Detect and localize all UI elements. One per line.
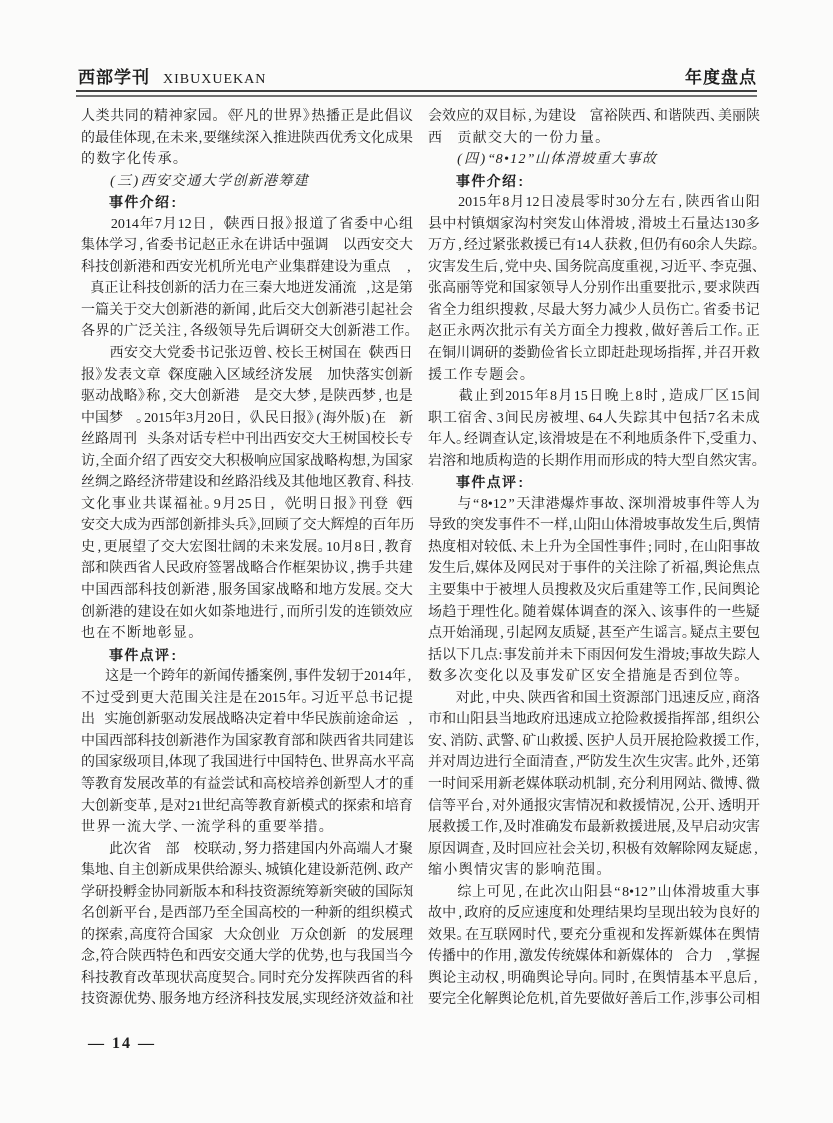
page-number: — 14 — [88, 1035, 156, 1053]
text-line: 对此,中央、陕西省和国土资源部门迅速反应,商洛 [428, 688, 760, 710]
text-line: 效果。在互联网时代,要充分重视和发挥新媒体在舆情 [428, 925, 760, 947]
text-line: 驱动战略》称,交大创新港是交大梦,是陕西梦,也是 [81, 386, 413, 408]
text-line: 中国西部科技创新港,服务国家战略和地方发展。交大 [81, 580, 413, 602]
text-line: 在铜川调研的娄勤俭省长立即赶赴现场指挥,并召开救 [428, 343, 760, 365]
text-line: 事件点评: [428, 472, 760, 494]
text-line: 念,符合陕西特色和西安交通大学的优势,也与我国当今 [81, 946, 413, 968]
text-line: (四)“8•12”山体滑坡重大事故 [428, 149, 760, 171]
text-line: 等教育发展改革的有益尝试和高校培养创新型人才的重 [81, 774, 413, 796]
text-line: 事件介绍: [428, 171, 760, 193]
text-line: 一时间采用新老媒体联动机制,充分利用网站、微博、微 [428, 774, 760, 796]
text-line: 的最佳体现,在未来,要继续深入推进陕西优秀文化成果 [81, 128, 413, 150]
text-line: 安交大成为西部创新排头兵》,回顾了交大辉煌的百年历 [81, 515, 413, 537]
right-column: 会效应的双目标,为建设富裕陕西、和谐陕西、美丽陕西贡献交大的一份力量。(四)“8… [428, 106, 760, 1011]
section-label: 年度盘点 [685, 63, 757, 88]
text-line: 截止到2015年8月15日晚上8时,造成厂区15间 [428, 386, 760, 408]
text-line: 的探索,高度符合国家大众创业万众创新的发展理 [81, 925, 413, 947]
text-line: 省全力组织搜救,尽最大努力减少人员伤亡。省委书记 [428, 300, 760, 322]
journal-title-cn: 西部学刊 [78, 63, 150, 88]
text-line: 故中,政府的反应速度和处理结果均呈现出较为良好的 [428, 903, 760, 925]
text-line: 中国西部科技创新港作为国家教育部和陕西省共同建设 [81, 731, 413, 753]
text-line: 传播中的作用,激发传统媒体和新媒体的合力,掌握 [428, 946, 760, 968]
text-line: 部和陕西省人民政府签署战略合作框架协议,携手共建 [81, 558, 413, 580]
header-double-rule [76, 90, 757, 97]
text-line: 综上可见,在此次山阳县“8•12”山体滑坡重大事 [428, 882, 760, 904]
text-line: 点开始涌现,引起网友质疑,甚至产生谣言。疑点主要包 [428, 623, 760, 645]
text-line: 人类共同的精神家园。《平凡的世界》热播正是此倡议 [81, 106, 413, 128]
text-line: 世界一流大学、一流学科的重要举措。 [81, 817, 413, 839]
text-line: 2015年8月12日凌晨零时30分左右,陕西省山阳 [428, 192, 760, 214]
text-line: 并对周边进行全面清查,严防发生次生灾害。此外,还第 [428, 752, 760, 774]
text-line: 不过受到更大范围关注是在2015年。习近平总书记提 [81, 688, 413, 710]
text-line: 发生后,媒体及网民对于事件的关注除了祈福,舆论焦点 [428, 558, 760, 580]
text-line: 的数字化传承。 [81, 149, 413, 171]
text-line: 灾害发生后,党中央、国务院高度重视,习近平、李克强、 [428, 257, 760, 279]
text-line: 各界的广泛关注,各级领导先后调研交大创新港工作。 [81, 321, 413, 343]
text-line: 丝绸之路经济带建设和丝路沿线及其他地区教育、科技、 [81, 472, 413, 494]
text-line: 一篇关于交大创新港的新闻,此后交大创新港引起社会 [81, 300, 413, 322]
text-line: 信等平台,对外通报灾害情况和救援情况,公开、透明开 [428, 796, 760, 818]
text-line: 市和山阳县当地政府迅速成立抢险救援指挥部,组织公 [428, 709, 760, 731]
text-line: 大创新变革,是对21世纪高等教育新模式的探索和培育 [81, 796, 413, 818]
text-line: 事件点评: [81, 645, 413, 667]
text-line: 史,更展望了交大宏图壮阔的未来发展。10月8日,教育 [81, 537, 413, 559]
text-line: 技资源优势、服务地方经济科技发展,实现经济效益和社 [81, 989, 413, 1011]
text-line: 真正让科技创新的活力在三秦大地迸发涌流,这是第 [81, 278, 413, 300]
text-line: 年人。经调查认定,该滑坡是在不利地质条件下,受重力、 [428, 429, 760, 451]
text-line: 安、消防、武警、矿山救援、医护人员开展抢险救援工作, [428, 731, 760, 753]
journal-title-en: XIBUXUEKAN [163, 72, 266, 88]
text-line: 援工作专题会。 [428, 365, 760, 387]
text-line: 事件介绍: [81, 192, 413, 214]
text-line: 数多次变化以及事发矿区安全措施是否到位等。 [428, 666, 760, 688]
left-column: 人类共同的精神家园。《平凡的世界》热播正是此倡议的最佳体现,在未来,要继续深入推… [81, 106, 413, 1011]
text-line: 热度相对较低、未上升为全国性事件;同时,在山阳事故 [428, 537, 760, 559]
article-body: 人类共同的精神家园。《平凡的世界》热播正是此倡议的最佳体现,在未来,要继续深入推… [81, 106, 760, 1011]
text-line: 创新港的建设在如火如荼地进行,而所引发的连锁效应 [81, 602, 413, 624]
text-line: 场趋于理性化。随着媒体调查的深入、该事件的一些疑 [428, 602, 760, 624]
text-line: 张高丽等党和国家领导人分别作出重要批示,要求陕西 [428, 278, 760, 300]
text-line: 访,全面介绍了西安交大积极响应国家战略构想,为国家 [81, 451, 413, 473]
text-line: 导致的突发事件不一样,山阳山体滑坡事故发生后,舆情 [428, 515, 760, 537]
text-line: 这是一个跨年的新闻传播案例,事件发轫于2014年, [81, 666, 413, 688]
journal-page: 西部学刊 XIBUXUEKAN 年度盘点 人类共同的精神家园。《平凡的世界》热播… [0, 0, 833, 1123]
text-line: 名创新平台,是西部乃至全国高校的一种新的组织模式 [81, 903, 413, 925]
text-line: 与“8•12”天津港爆炸事故、深圳滑坡事件等人为 [428, 494, 760, 516]
text-line: 集地、自主创新成果供给源头、城镇化建设新范例、政产 [81, 860, 413, 882]
text-line: 西安交大党委书记张迈曾、校长王树国在《陕西日 [81, 343, 413, 365]
text-line: 中国梦。2015年3月20日,《人民日报》(海外版)在新 [81, 408, 413, 430]
text-line: 文化事业共谋福祉。9月25日,《光明日报》刊登《西 [81, 494, 413, 516]
text-line: 报》发表文章《深度融入区域经济发展加快落实创新 [81, 365, 413, 387]
text-line: 万方,经过紧张救援已有14人获救,但仍有60余人失踪。 [428, 235, 760, 257]
page-header: 西部学刊 XIBUXUEKAN 年度盘点 [78, 63, 757, 88]
text-line: 展救援工作,及时准确发布最新救援进展,及早启动灾害 [428, 817, 760, 839]
text-line: 科技教育改革现状高度契合。同时充分发挥陕西省的科 [81, 968, 413, 990]
text-line: 缩小舆情灾害的影响范围。 [428, 860, 760, 882]
text-line: 原因调查,及时回应社会关切,积极有效解除网友疑虑, [428, 839, 760, 861]
text-line: 西贡献交大的一份力量。 [428, 128, 760, 150]
text-line: 学研投孵金协同新版本和科技资源统筹新突破的国际知 [81, 882, 413, 904]
text-line: 丝路周刊头条对话专栏中刊出西安交大王树国校长专 [81, 429, 413, 451]
text-line: 会效应的双目标,为建设富裕陕西、和谐陕西、美丽陕 [428, 106, 760, 128]
text-line: 岩溶和地质构造的长期作用而形成的特大型自然灾害。 [428, 451, 760, 473]
text-line: 此次省部校联动,努力搭建国内外高端人才聚 [81, 839, 413, 861]
text-line: 括以下几点:事发前并未下雨因何发生滑坡;事故失踪人 [428, 645, 760, 667]
text-line: 县中村镇烟家沟村突发山体滑坡,滑坡土石量达130多 [428, 214, 760, 236]
text-line: 职工宿舍、3间民房被埋、64人失踪其中包括7名未成 [428, 408, 760, 430]
text-line: 出实施创新驱动发展战略决定着中华民族前途命运, [81, 709, 413, 731]
text-line: 主要集中于被埋人员搜救及灾后重建等工作,民间舆论 [428, 580, 760, 602]
text-line: 的国家级项目,体现了我国进行中国特色、世界高水平高 [81, 752, 413, 774]
text-line: (三)西安交通大学创新港筹建 [81, 171, 413, 193]
text-line: 2014年7月12日,《陕西日报》报道了省委中心组 [81, 214, 413, 236]
text-line: 舆论主动权,明确舆论导向。同时,在舆情基本平息后, [428, 968, 760, 990]
text-line: 赵正永两次批示有关方面全力搜救,做好善后工作。正 [428, 321, 760, 343]
text-line: 也在不断地彰显。 [81, 623, 413, 645]
text-line: 集体学习,省委书记赵正永在讲话中强调以西安交大 [81, 235, 413, 257]
text-line: 要完全化解舆论危机,首先要做好善后工作,涉事公司相 [428, 989, 760, 1011]
text-line: 科技创新港和西安光机所光电产业集群建设为重点, [81, 257, 413, 279]
